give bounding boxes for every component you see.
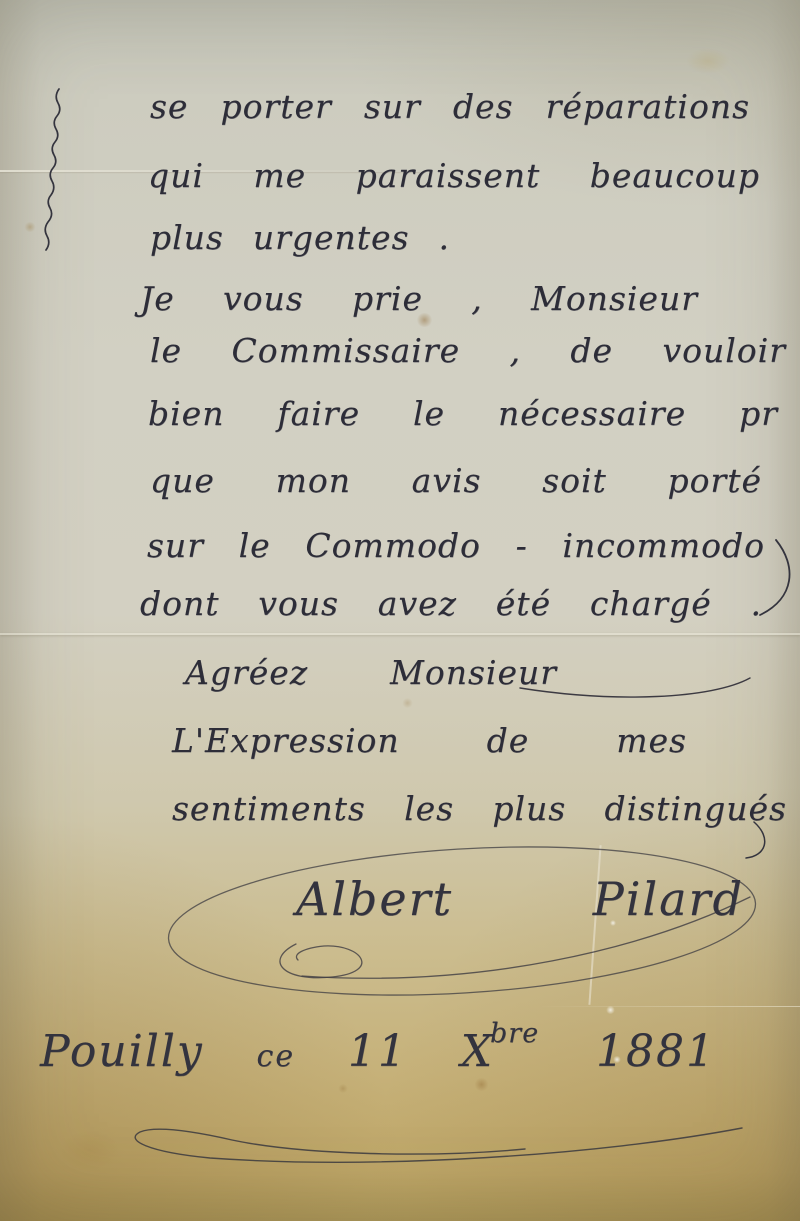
- margin-squiggle-mark: [45, 89, 60, 250]
- dateline-month-suffix: bre: [490, 1018, 539, 1049]
- handwritten-line-1: se porter sur des réparations: [150, 86, 750, 127]
- signature-text: Albert Pilard: [296, 872, 744, 926]
- handwritten-line-6: bien faire le nécessaire pr: [148, 393, 778, 434]
- handwritten-line-8: sur le Commodo - incommodo: [147, 525, 765, 566]
- dateline-place: Pouilly: [40, 1026, 204, 1077]
- foxing-stain: [402, 698, 413, 708]
- signature-loop-flourish: [280, 944, 362, 978]
- dateline-day: 11: [348, 1026, 408, 1077]
- foxing-stain: [24, 222, 36, 232]
- paper-nick: [606, 1006, 615, 1014]
- handwritten-line-10: Agréez Monsieur: [185, 652, 557, 693]
- handwritten-line-11: L'Expression de mes: [172, 720, 687, 761]
- handwritten-line-2: qui me paraissent beaucoup: [148, 155, 760, 196]
- dateline-year: 1881: [596, 1026, 716, 1077]
- foxing-stain: [338, 1084, 348, 1093]
- letter-page: se porter sur des réparations qui me par…: [0, 0, 800, 1221]
- dateline: Pouilly ce 11 Xbre 1881: [40, 1026, 716, 1077]
- fold-crease-bottom: [510, 1006, 800, 1007]
- handwritten-line-7: que mon avis soit porté: [150, 460, 762, 501]
- fold-crease-middle: [0, 633, 800, 635]
- handwritten-line-5: le Commissaire , de vouloir: [150, 330, 786, 371]
- dateline-month: Xbre: [461, 1026, 544, 1077]
- dateline-particle: ce: [257, 1039, 296, 1074]
- handwritten-line-3: plus urgentes .: [150, 217, 450, 258]
- foxing-stain: [474, 1078, 489, 1091]
- dateline-underline-flourish: [135, 1128, 742, 1162]
- foxing-stain: [60, 1130, 120, 1170]
- foxing-stain: [686, 48, 730, 74]
- handwritten-line-12: sentiments les plus distingués: [172, 788, 787, 829]
- handwritten-line-9: dont vous avez été chargé .: [140, 583, 762, 624]
- handwritten-line-4: Je vous prie , Monsieur: [140, 278, 698, 319]
